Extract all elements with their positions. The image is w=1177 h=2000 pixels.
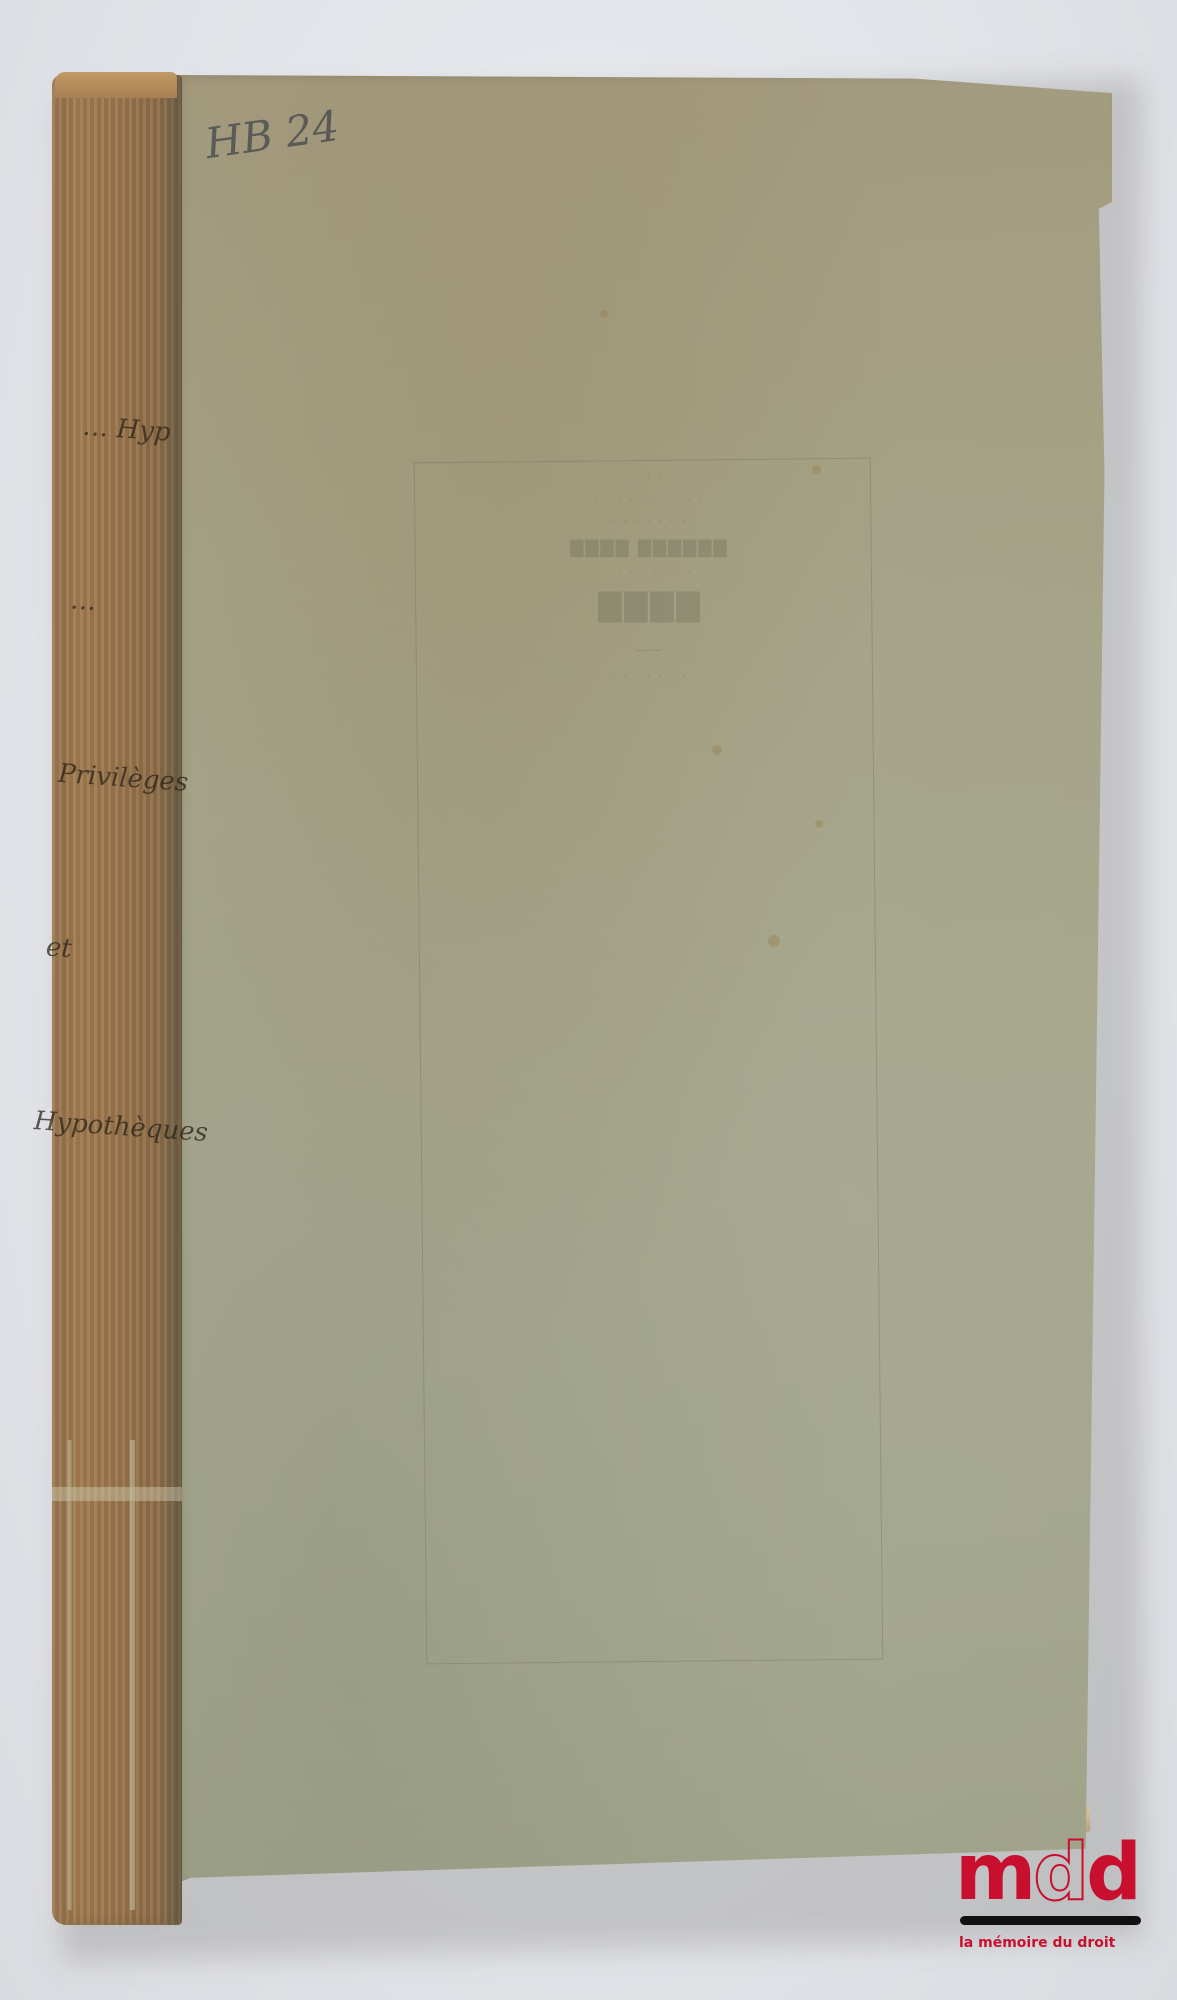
mdd-logo: mdd la mémoire du droit: [955, 1838, 1175, 1951]
foxing-spot: [768, 935, 780, 947]
logo-tagline: la mémoire du droit: [959, 1935, 1175, 1951]
spine-headcap: [55, 72, 177, 98]
foxing-spot: [812, 465, 821, 474]
mirrored-showthrough-text: · · · · · · · · · · · · · · · · · · · · …: [420, 470, 875, 683]
foxing-spot: [815, 820, 823, 828]
logo-mark: mdd: [955, 1838, 1175, 1908]
foxing-spot: [712, 745, 722, 755]
product-photo: · · · · · · · · · · · · · · · · · · · · …: [0, 0, 1177, 2000]
spine-wear: [52, 1440, 182, 1910]
foxing-spot: [600, 310, 608, 318]
